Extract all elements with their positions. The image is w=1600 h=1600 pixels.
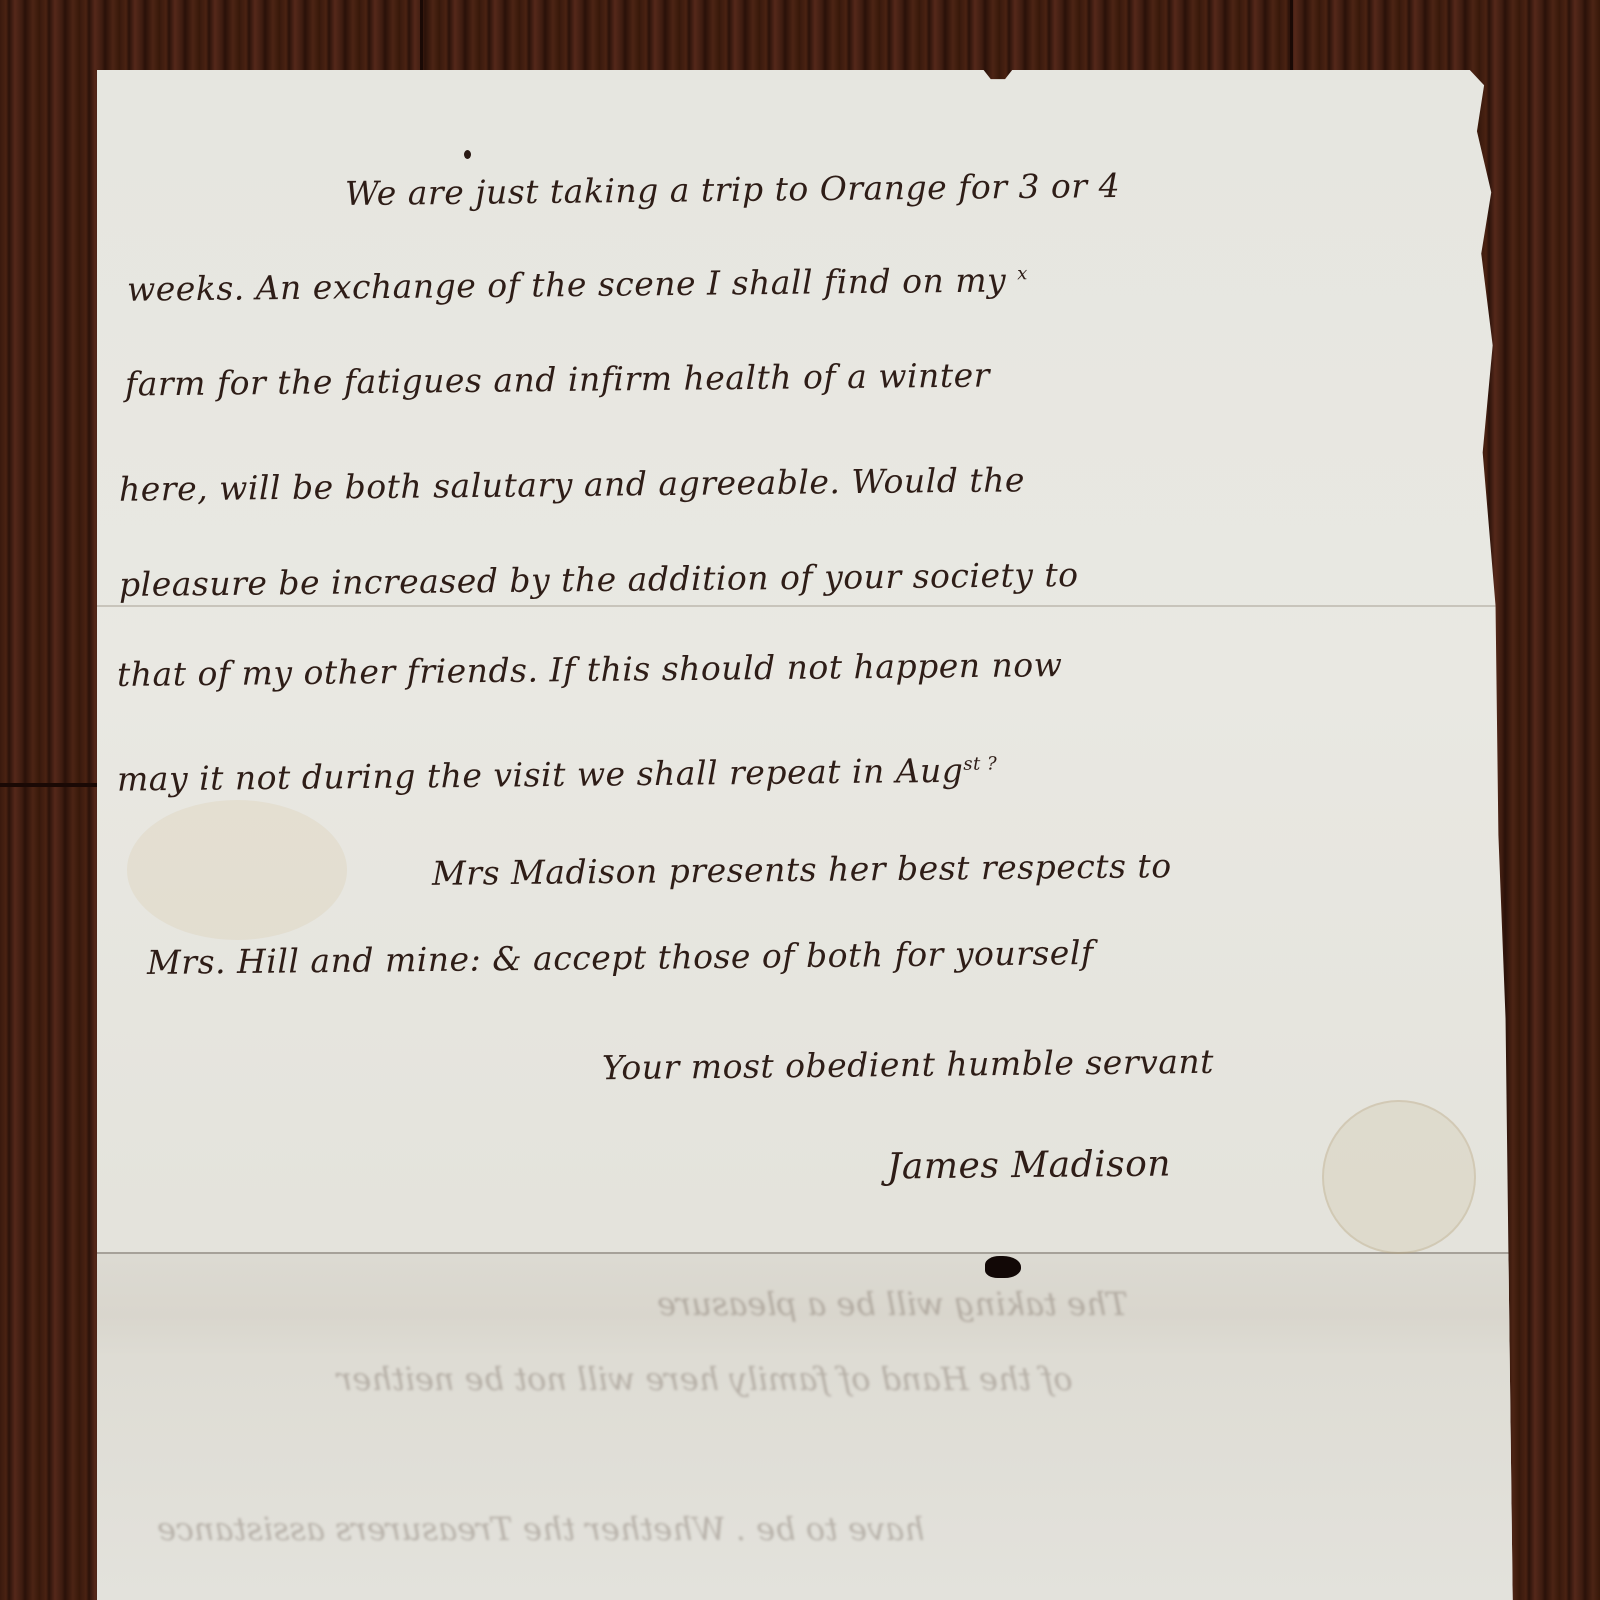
bleed-through-text: The taking will be a pleasure [657, 1285, 1128, 1323]
letter-line-2-text: weeks. An exchange of the scene I shall … [127, 261, 1007, 309]
letter-line-2: weeks. An exchange of the scene I shall … [127, 260, 1028, 308]
paper-stain [127, 800, 347, 940]
letter-line-1: We are just taking a trip to Orange for … [345, 166, 1120, 213]
insertion-mark: x [1017, 263, 1028, 284]
letter-line-3: farm for the fatigues and infirm health … [125, 355, 990, 403]
paper-hole [985, 1256, 1021, 1278]
signature: James Madison [887, 1144, 1171, 1188]
superscript-annotation: st ? [963, 753, 997, 774]
letter-line-9: Mrs. Hill and mine: & accept those of bo… [147, 933, 1094, 982]
ink-blot [464, 150, 471, 159]
letter-line-5: pleasure be increased by the addition of… [119, 555, 1079, 604]
letter-line-7: may it not during the visit we shall rep… [117, 750, 998, 798]
fold-crease [97, 1252, 1527, 1254]
floor-board-seam [1290, 0, 1293, 70]
letter-line-6: that of my other friends. If this should… [117, 645, 1063, 694]
letter-line-7-text: may it not during the visit we shall rep… [117, 751, 964, 799]
floor-board-seam [0, 783, 100, 787]
seal-stain [1322, 1100, 1476, 1254]
closing-line: Your most obedient humble servant [602, 1042, 1214, 1087]
letter-line-8: Mrs Madison presents her best respects t… [432, 846, 1172, 893]
letter-line-4: here, will be both salutary and agreeabl… [119, 460, 1025, 508]
letter-sheet: The taking will be a pleasure of the Han… [97, 70, 1527, 1600]
floor-board-seam [420, 0, 423, 70]
fold-crease [97, 605, 1527, 607]
bleed-through-text: of the Hand of family here will not be n… [337, 1360, 1073, 1398]
bleed-through-text: have to be . Whether the Treasurers assi… [157, 1510, 925, 1548]
